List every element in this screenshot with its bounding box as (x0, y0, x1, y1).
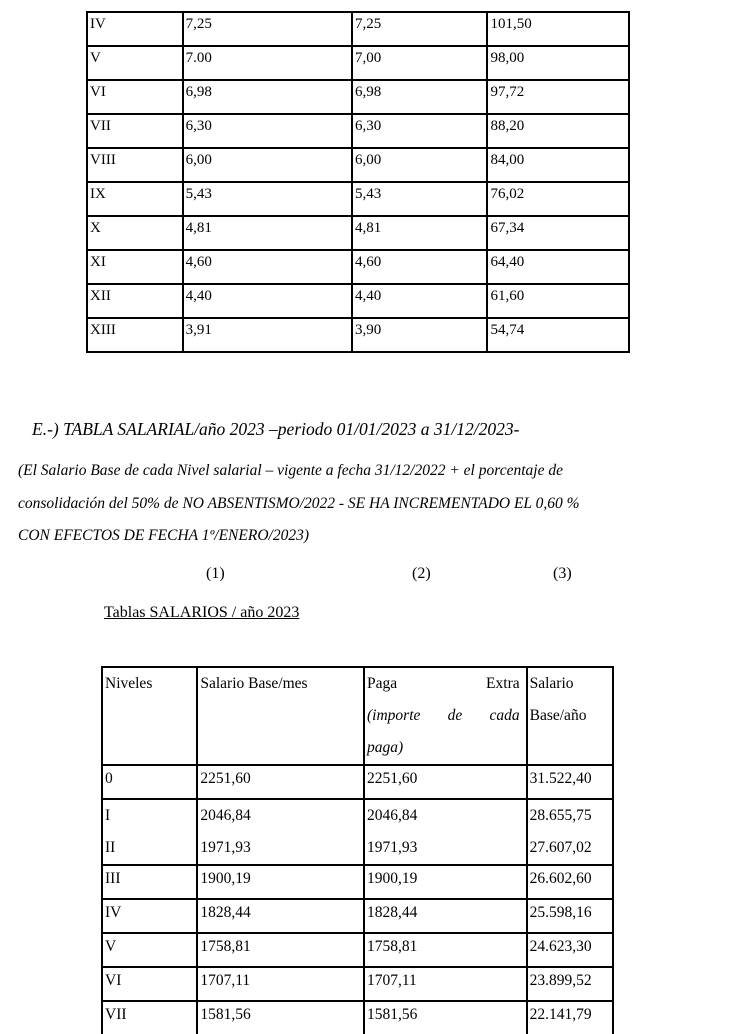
header-base-mes: Salario Base/mes (197, 667, 364, 765)
total-cell: 61,60 (487, 284, 629, 318)
tables-title: Tablas SALARIOS / año 2023 (104, 604, 299, 622)
value-cell: 7,25 (183, 12, 352, 46)
salary-table-2023: Niveles Salario Base/mes PagaExtra (impo… (101, 666, 614, 1034)
table-row: V7.007,0098,00 (87, 46, 629, 80)
value-cell: 6,98 (352, 80, 487, 114)
note-line: (El Salario Base de cada Nivel salarial … (18, 455, 718, 488)
section-heading: E.-) TABLA SALARIAL/año 2023 –periodo 01… (32, 419, 519, 440)
value-cell: 6,30 (352, 114, 487, 148)
nivel-cell: X (87, 216, 183, 250)
value-cell: 6,00 (352, 148, 487, 182)
nivel-cell: V (87, 46, 183, 80)
base-anio-cell: 22.141,79 (527, 1001, 613, 1034)
base-anio-cell: 26.602,60 (527, 865, 613, 899)
paga-extra-cell: 2046,841971,93 (364, 799, 527, 865)
table-row: IV1828,441828,4425.598,16 (102, 899, 613, 933)
table-row: VI1707,111707,1123.899,52 (102, 967, 613, 1001)
note-line: consolidación del 50% de NO ABSENTISMO/2… (18, 488, 718, 521)
paga-extra-cell: 1758,81 (364, 933, 527, 967)
total-cell: 84,00 (487, 148, 629, 182)
nivel-cell: VII (102, 1001, 197, 1034)
table-row: VI6,986,9897,72 (87, 80, 629, 114)
value-cell: 4,40 (352, 284, 487, 318)
base-mes-cell: 2046,841971,93 (197, 799, 364, 865)
column-marker-2: (2) (412, 565, 431, 583)
nivel-cell: III (102, 799, 197, 865)
base-anio-cell: 24.623,30 (527, 933, 613, 967)
salary-table-previous: IV7,257,25101,50V7.007,0098,00VI6,986,98… (86, 11, 630, 353)
nivel-cell: IV (87, 12, 183, 46)
value-cell: 5,43 (183, 182, 352, 216)
header-niveles: Niveles (102, 667, 197, 765)
base-anio-cell: 31.522,40 (527, 765, 613, 799)
nivel-cell: VII (87, 114, 183, 148)
total-cell: 67,34 (487, 216, 629, 250)
total-cell: 98,00 (487, 46, 629, 80)
column-marker-3: (3) (553, 565, 572, 583)
nivel-cell: XII (87, 284, 183, 318)
nivel-cell: 0 (102, 765, 197, 799)
base-mes-cell: 1581,56 (197, 1001, 364, 1034)
paga-extra-cell: 2251,60 (364, 765, 527, 799)
table-row: V1758,811758,8124.623,30 (102, 933, 613, 967)
table-row: III2046,841971,932046,841971,9328.655,75… (102, 799, 613, 865)
table-row: VIII6,006,0084,00 (87, 148, 629, 182)
value-cell: 3,90 (352, 318, 487, 352)
note-line: CON EFECTOS DE FECHA 1º/ENERO/2023) (18, 520, 718, 553)
total-cell: 64,40 (487, 250, 629, 284)
base-anio-cell: 28.655,7527.607,02 (527, 799, 613, 865)
value-cell: 6,30 (183, 114, 352, 148)
value-cell: 4,60 (183, 250, 352, 284)
value-cell: 4,40 (183, 284, 352, 318)
paga-extra-cell: 1900,19 (364, 865, 527, 899)
total-cell: 88,20 (487, 114, 629, 148)
nivel-cell: VI (87, 80, 183, 114)
table-row: XI4,604,6064,40 (87, 250, 629, 284)
value-cell: 4,81 (352, 216, 487, 250)
value-cell: 3,91 (183, 318, 352, 352)
total-cell: 54,74 (487, 318, 629, 352)
value-cell: 4,81 (183, 216, 352, 250)
total-cell: 101,50 (487, 12, 629, 46)
table-row: VII6,306,3088,20 (87, 114, 629, 148)
header-paga-extra: PagaExtra (importedecada paga) (364, 667, 527, 765)
table-row: XIII3,913,9054,74 (87, 318, 629, 352)
base-mes-cell: 1900,19 (197, 865, 364, 899)
nivel-cell: III (102, 865, 197, 899)
nivel-cell: XI (87, 250, 183, 284)
total-cell: 97,72 (487, 80, 629, 114)
table-row: X4,814,8167,34 (87, 216, 629, 250)
paga-extra-cell: 1707,11 (364, 967, 527, 1001)
table-row: 02251,602251,6031.522,40 (102, 765, 613, 799)
table-row: IV7,257,25101,50 (87, 12, 629, 46)
base-anio-cell: 23.899,52 (527, 967, 613, 1001)
nivel-cell: IV (102, 899, 197, 933)
nivel-cell: XIII (87, 318, 183, 352)
header-base-anio: Salario Base/año (527, 667, 613, 765)
table-header-row: Niveles Salario Base/mes PagaExtra (impo… (102, 667, 613, 765)
column-marker-1: (1) (206, 565, 225, 583)
nivel-cell: IX (87, 182, 183, 216)
nivel-cell: VI (102, 967, 197, 1001)
value-cell: 5,43 (352, 182, 487, 216)
table-row: XII4,404,4061,60 (87, 284, 629, 318)
total-cell: 76,02 (487, 182, 629, 216)
base-mes-cell: 1758,81 (197, 933, 364, 967)
base-mes-cell: 1828,44 (197, 899, 364, 933)
value-cell: 7.00 (183, 46, 352, 80)
table-row: III1900,191900,1926.602,60 (102, 865, 613, 899)
value-cell: 6,00 (183, 148, 352, 182)
nivel-cell: VIII (87, 148, 183, 182)
section-note: (El Salario Base de cada Nivel salarial … (18, 455, 718, 553)
value-cell: 7,25 (352, 12, 487, 46)
base-anio-cell: 25.598,16 (527, 899, 613, 933)
base-mes-cell: 2251,60 (197, 765, 364, 799)
value-cell: 4,60 (352, 250, 487, 284)
base-mes-cell: 1707,11 (197, 967, 364, 1001)
paga-extra-cell: 1581,56 (364, 1001, 527, 1034)
value-cell: 6,98 (183, 80, 352, 114)
paga-extra-cell: 1828,44 (364, 899, 527, 933)
table-row: VII1581,561581,5622.141,79 (102, 1001, 613, 1034)
nivel-cell: V (102, 933, 197, 967)
table-row: IX5,435,4376,02 (87, 182, 629, 216)
value-cell: 7,00 (352, 46, 487, 80)
